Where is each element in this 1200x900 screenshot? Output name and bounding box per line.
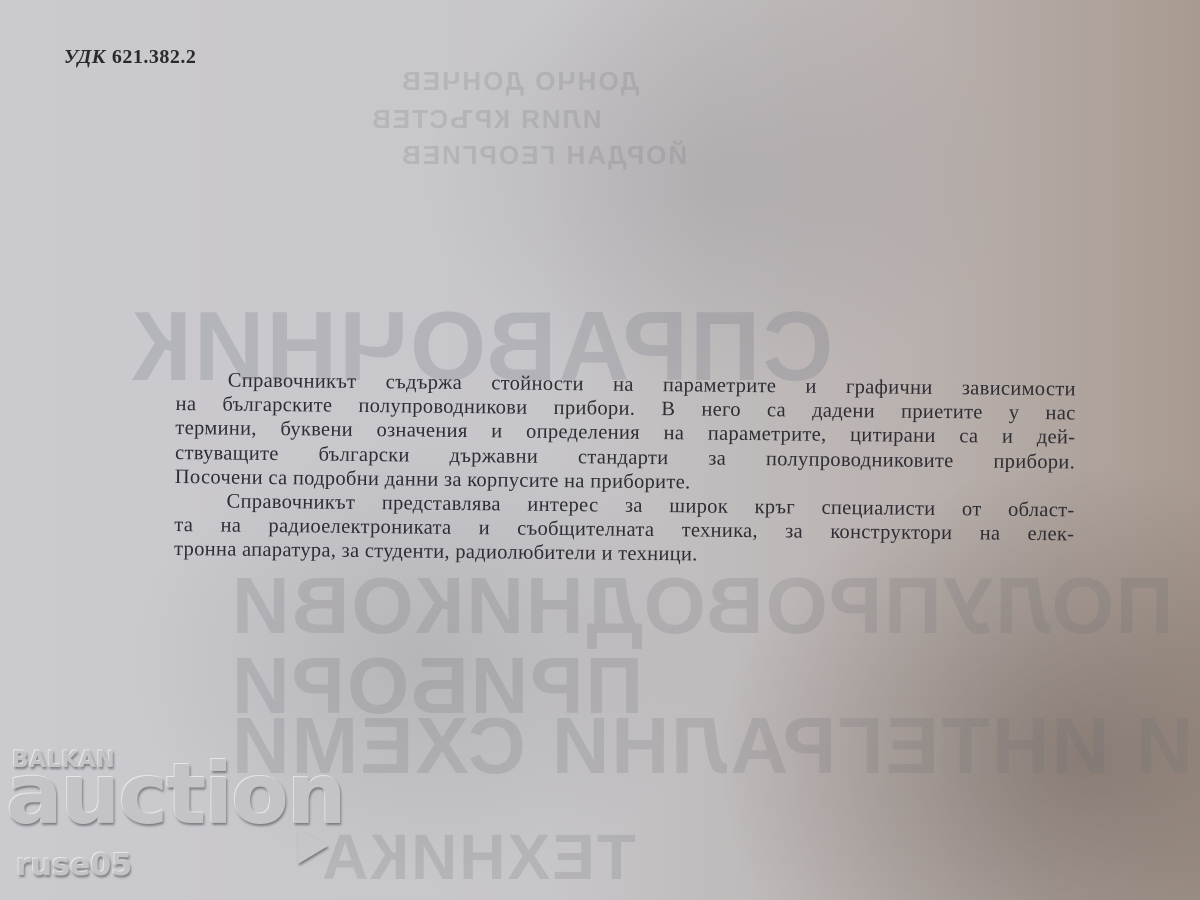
book-annotation: Справочникът съдържа стойности на параме… [174,368,1106,571]
annotation-paragraph-2: Справочникът представлява интерес за шир… [174,489,1105,571]
play-triangle-icon [298,828,328,864]
udk-classification: УДК621.382.2 [64,46,196,69]
udk-number: 621.382.2 [112,46,197,68]
udk-label: УДК [64,46,106,68]
watermark-seller: ruse05 [16,848,132,883]
watermark-brand-main: auction [6,752,345,836]
annotation-paragraph-1: Справочникът съдържа стойности на параме… [175,368,1106,499]
balkan-auction-watermark: BALKAN auction ruse05 [6,748,346,898]
